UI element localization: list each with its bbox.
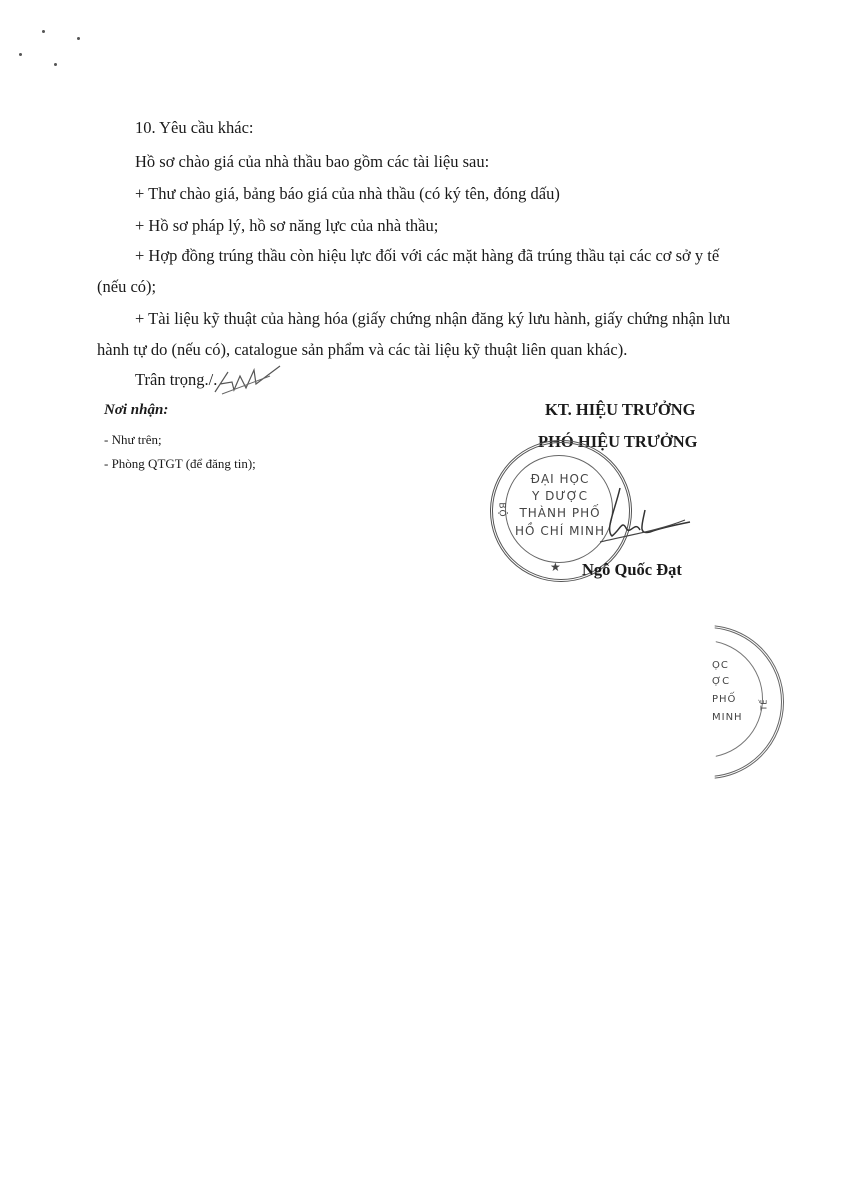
partial-stamp-inner-ring: [645, 640, 763, 758]
signer-name: Ngô Quốc Đạt: [582, 560, 682, 580]
requirement-item: + Hợp đồng trúng thầu còn hiệu lực đối v…: [135, 246, 719, 266]
requirement-item: + Hồ sơ pháp lý, hồ sơ năng lực của nhà …: [135, 216, 438, 236]
partial-stamp-line: ỌC: [712, 660, 729, 671]
requirement-item-continued: (nếu có);: [97, 277, 156, 297]
recipient-item: - Phòng QTGT (để đăng tin);: [104, 456, 256, 472]
partial-stamp-line: PHỐ: [712, 694, 736, 705]
scan-speck: [54, 63, 57, 66]
requirement-item: + Tài liệu kỹ thuật của hàng hóa (giấy c…: [135, 309, 730, 329]
stamp-side-text: BỘ: [497, 502, 507, 517]
scan-speck: [42, 30, 45, 33]
initials-signature-icon: [210, 362, 290, 397]
requirement-item: + Thư chào giá, bảng báo giá của nhà thầ…: [135, 184, 560, 204]
signature-title-1: KT. HIỆU TRƯỞNG: [545, 400, 696, 420]
intro-text: Hồ sơ chào giá của nhà thầu bao gồm các …: [135, 152, 489, 172]
partial-stamp-line: MINH: [712, 712, 743, 723]
requirement-item-continued: hành tự do (nếu có), catalogue sản phẩm …: [97, 340, 627, 360]
star-icon: ★: [550, 560, 562, 574]
handwritten-signature-icon: [590, 480, 700, 550]
scan-speck: [19, 53, 22, 56]
partial-stamp-line: ỢC: [712, 676, 730, 687]
partial-stamp-side-text: TẾ: [759, 699, 768, 711]
recipient-item: - Như trên;: [104, 432, 162, 448]
closing-text: Trân trọng./.: [135, 370, 217, 390]
scan-speck: [77, 37, 80, 40]
section-heading: 10. Yêu cầu khác:: [135, 118, 254, 138]
recipients-title: Nơi nhận:: [104, 402, 168, 419]
